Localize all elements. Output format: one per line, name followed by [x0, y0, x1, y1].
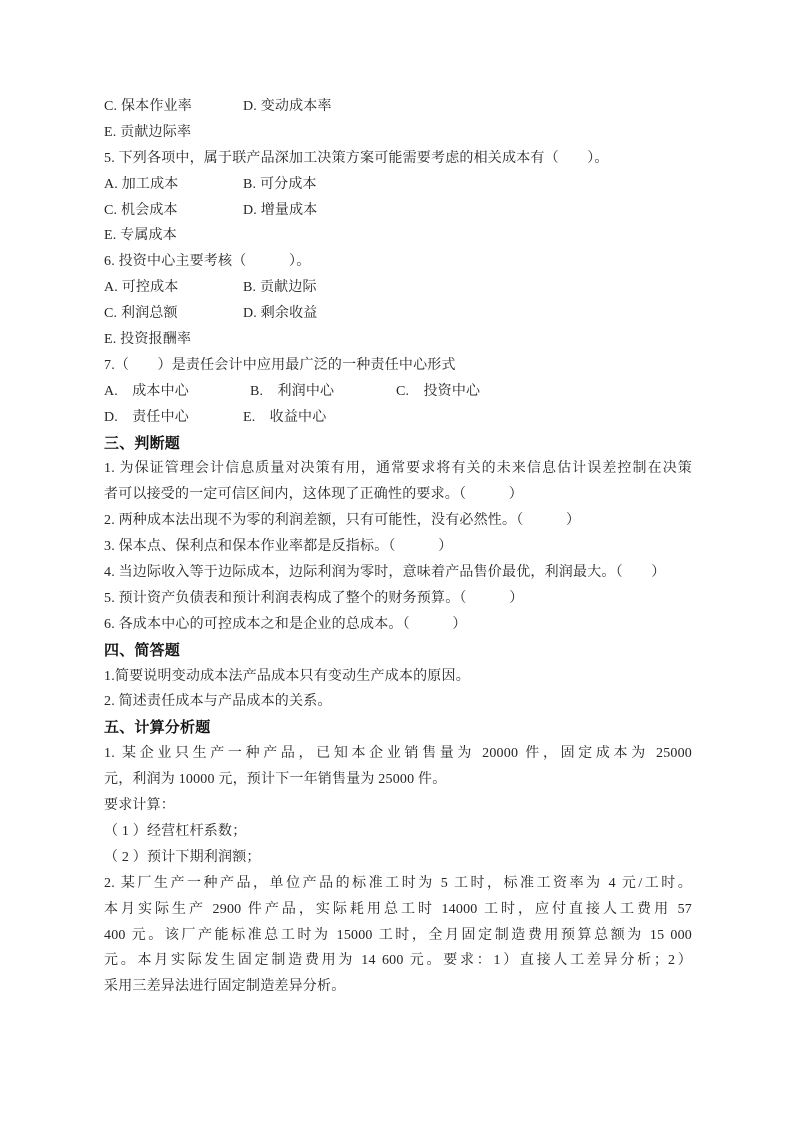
text-line: 1.简要说明变动成本法产品成本只有变动生产成本的原因。	[104, 664, 692, 690]
option-item: C. 利润总额	[104, 301, 243, 327]
option-row: C. 机会成本D. 增量成本	[104, 198, 692, 224]
option-item: D. 增量成本	[243, 198, 382, 224]
option-item: E. 投资报酬率	[104, 327, 243, 353]
option-item: D. 变动成本率	[243, 94, 382, 120]
text-line: 4. 当边际收入等于边际成本，边际利润为零时，意味着产品售价最优，利润最大。（ …	[104, 560, 692, 586]
document-body: C. 保本作业率D. 变动成本率E. 贡献边际率5. 下列各项中，属于联产品深加…	[104, 94, 692, 1000]
text-line: 2. 简述责任成本与产品成本的关系。	[104, 689, 692, 715]
text-line: 者可以接受的一定可信区间内，这体现了正确性的要求。（ ）	[104, 482, 692, 508]
option-item: E. 收益中心	[243, 405, 382, 431]
option-item: A. 可控成本	[104, 275, 243, 301]
option-item: E. 贡献边际率	[104, 120, 243, 146]
text-line: 7.（ ）是责任会计中应用最广泛的一种责任中心形式	[104, 353, 692, 379]
option-row: C. 保本作业率D. 变动成本率	[104, 94, 692, 120]
option-item: B. 可分成本	[243, 172, 382, 198]
option-row: C. 利润总额D. 剩余收益	[104, 301, 692, 327]
option-row: A. 成本中心B. 利润中心C. 投资中心	[104, 379, 692, 405]
option-item: A. 成本中心	[104, 379, 250, 405]
text-line: 400 元。该厂产能标准总工时为 15000 工时，全月固定制造费用预算总额为 …	[104, 923, 692, 949]
text-line: （ 2 ）预计下期利润额；	[104, 845, 692, 871]
section-heading: 四、简答题	[104, 638, 692, 664]
text-line: 要求计算：	[104, 793, 692, 819]
option-item: B. 利润中心	[250, 379, 396, 405]
option-row: A. 加工成本B. 可分成本	[104, 172, 692, 198]
option-item: C. 投资中心	[396, 379, 542, 405]
text-line: 本月实际生产 2900 件产品，实际耗用总工时 14000 工时，应付直接人工费…	[104, 897, 692, 923]
section-heading: 五、计算分析题	[104, 715, 692, 741]
option-item: B. 贡献边际	[243, 275, 382, 301]
option-item: C. 保本作业率	[104, 94, 243, 120]
option-item: D. 剩余收益	[243, 301, 382, 327]
section-heading: 三、判断题	[104, 431, 692, 457]
text-line: 6. 投资中心主要考核（ ）。	[104, 249, 692, 275]
text-line: 5. 预计资产负债表和预计利润表构成了整个的财务预算。（ ）	[104, 586, 692, 612]
option-row: A. 可控成本B. 贡献边际	[104, 275, 692, 301]
text-line: 5. 下列各项中，属于联产品深加工决策方案可能需要考虑的相关成本有（ ）。	[104, 146, 692, 172]
text-line: 2. 两种成本法出现不为零的利润差额，只有可能性，没有必然性。（ ）	[104, 508, 692, 534]
option-row: E. 贡献边际率	[104, 120, 692, 146]
option-row: D. 责任中心E. 收益中心	[104, 405, 692, 431]
text-line: 元，利润为 10000 元，预计下一年销售量为 25000 件。	[104, 767, 692, 793]
option-row: E. 专属成本	[104, 223, 692, 249]
option-row: E. 投资报酬率	[104, 327, 692, 353]
option-item: C. 机会成本	[104, 198, 243, 224]
option-item: A. 加工成本	[104, 172, 243, 198]
text-line: 2. 某厂生产一种产品，单位产品的标准工时为 5 工时，标准工资率为 4 元/工…	[104, 871, 692, 897]
option-item: D. 责任中心	[104, 405, 243, 431]
text-line: （ 1 ）经营杠杆系数；	[104, 819, 692, 845]
text-line: 采用三差异法进行固定制造差异分析。	[104, 974, 692, 1000]
text-line: 6. 各成本中心的可控成本之和是企业的总成本。（ ）	[104, 612, 692, 638]
text-line: 1. 为保证管理会计信息质量对决策有用，通常要求将有关的未来信息估计误差控制在决…	[104, 456, 692, 482]
text-line: 元。本月实际发生固定制造费用为 14 600 元。要求：1）直接人工差异分析；2…	[104, 948, 692, 974]
text-line: 1. 某企业只生产一种产品，已知本企业销售量为 20000 件，固定成本为 25…	[104, 741, 692, 767]
text-line: 3. 保本点、保利点和保本作业率都是反指标。（ ）	[104, 534, 692, 560]
option-item: E. 专属成本	[104, 223, 243, 249]
